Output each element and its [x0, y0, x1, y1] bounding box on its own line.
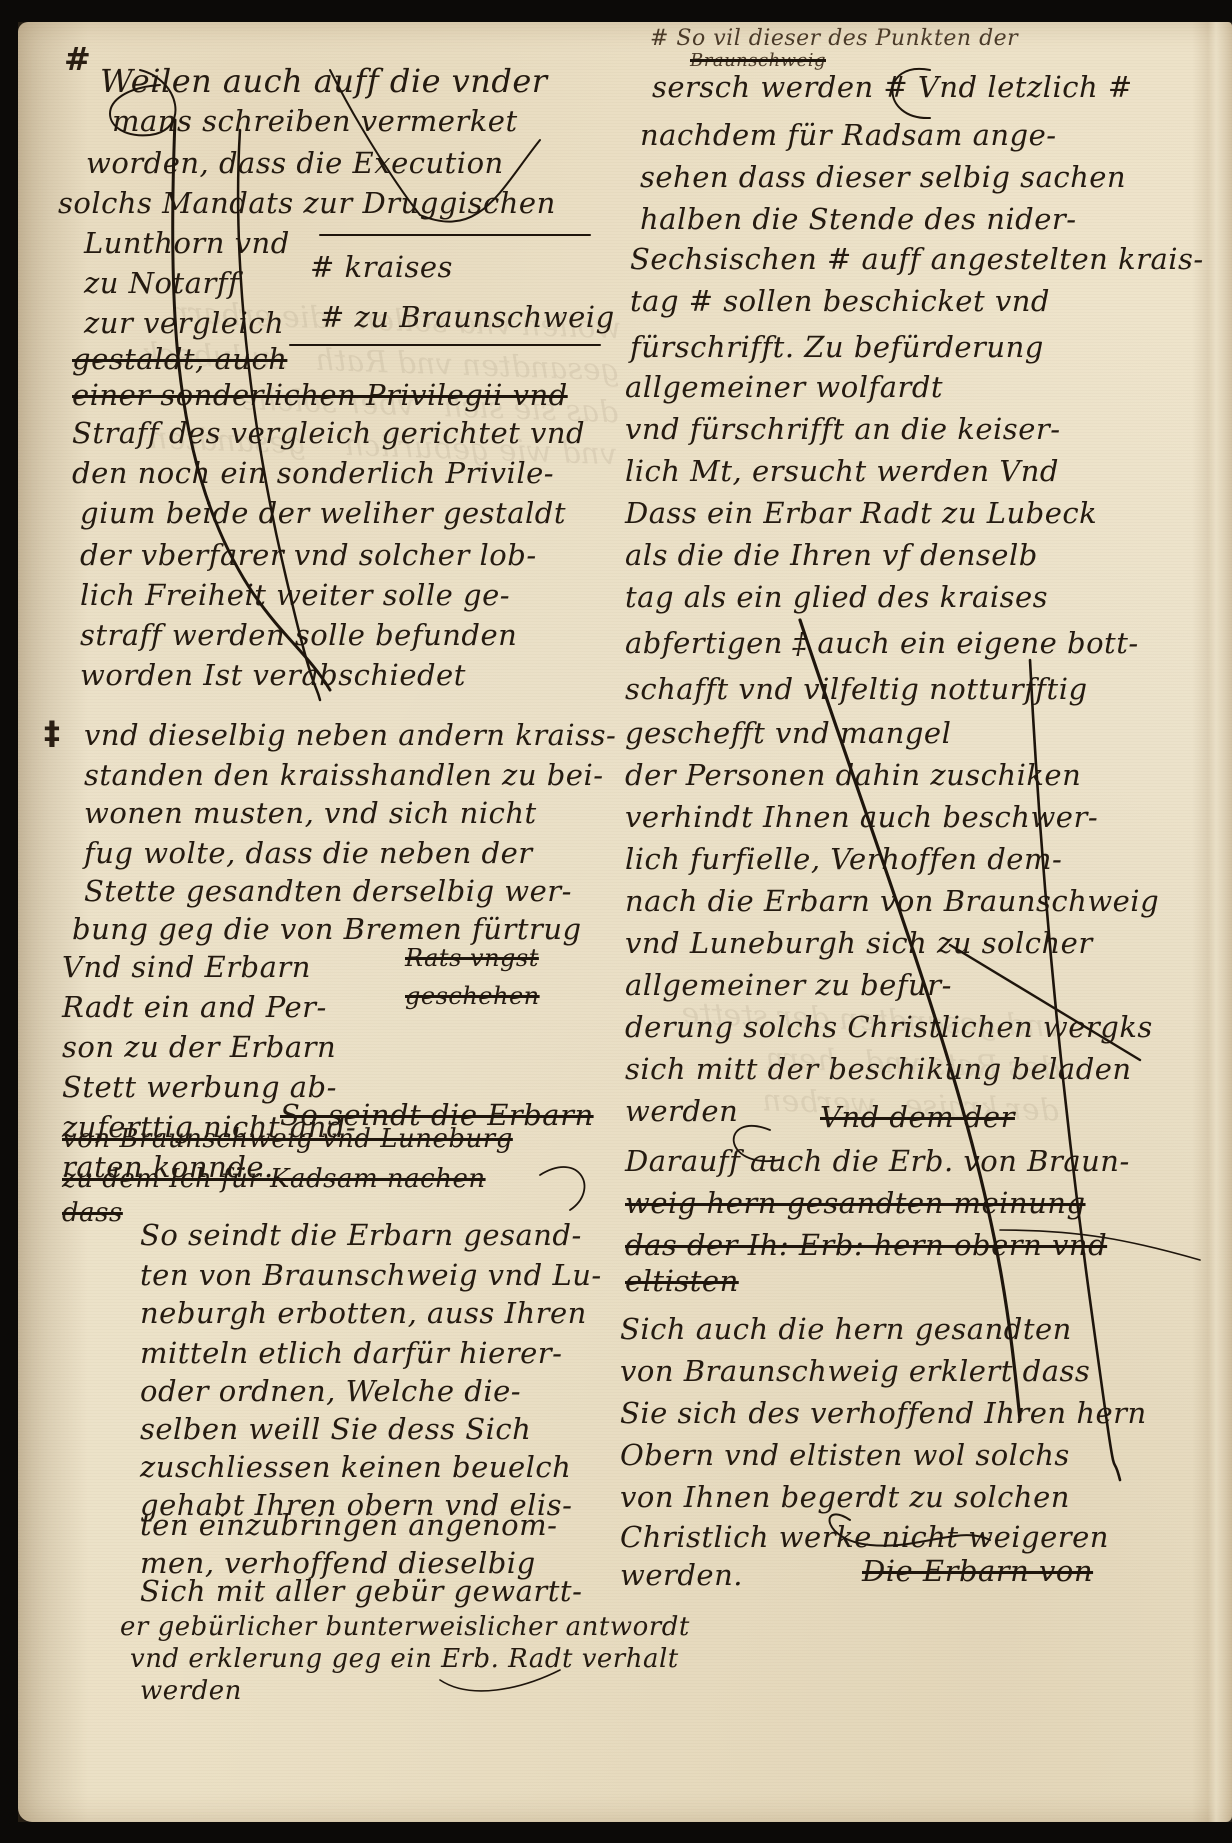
text-line: den noch ein sonderlich Privile- — [72, 456, 554, 490]
struck-text-line: weig hern gesandten meinung — [625, 1186, 1086, 1220]
text-line: nach die Erbarn von Braunschweig — [625, 884, 1159, 918]
text-line: zuschliessen keinen beuelch — [140, 1450, 571, 1484]
text-line: nachdem für Radsam ange- — [640, 118, 1057, 152]
inline-note: # zu Braunschweig — [320, 300, 615, 334]
text-line: schafft vnd vilfeltig notturfftig — [625, 672, 1088, 706]
text-line: Straff des vergleich gerichtet vnd — [72, 416, 585, 450]
text-line: abfertigen ‡ auch ein eigene bott- — [625, 626, 1139, 660]
text-line: allgemeiner wolfardt — [625, 370, 943, 404]
insertion-mark: ‡ — [44, 714, 60, 752]
text-line: Sich mit aller gebür gewartt- — [140, 1574, 582, 1608]
top-marginal-note: # So vil dieser des Punkten der — [650, 26, 1018, 51]
text-line: worden, dass die Execution — [86, 146, 504, 180]
text-line: fug wolte, dass die neben der — [84, 836, 533, 870]
text-line: Christlich werke nicht weigeren — [620, 1520, 1109, 1554]
text-line: ten einzubringen angenom- — [140, 1508, 557, 1542]
text-line: Sechsischen # auff angestelten krais- — [630, 242, 1204, 276]
text-line: lich furfielle, Verhoffen dem- — [625, 842, 1062, 876]
text-line: wonen musten, vnd sich nicht — [84, 796, 537, 830]
text-line: standen den kraisshandlen zu bei- — [84, 758, 604, 792]
struck-text-line: dass — [62, 1198, 123, 1228]
text-line: Sie sich des verhoffend Ihren hern — [620, 1396, 1147, 1430]
struck-side-note: Rats vngst — [405, 944, 539, 972]
inline-note: # kraises — [310, 250, 453, 284]
text-line: vnd dieselbig neben andern kraiss- — [84, 718, 616, 752]
text-line: Stette gesandten derselbig wer- — [84, 874, 572, 908]
struck-text-line: das der Ih: Erb: hern obern vnd — [625, 1228, 1107, 1262]
text-line: werden — [140, 1676, 242, 1706]
struck-text-line: gestaldt, auch — [72, 342, 287, 376]
text-line: allgemeiner zu befur- — [625, 968, 952, 1002]
text-line: verhindt Ihnen auch beschwer- — [625, 800, 1098, 834]
text-line: Darauff auch die Erb. von Braun- — [625, 1144, 1130, 1178]
text-line: zu Notarff — [84, 266, 239, 300]
struck-marginal-note: Braunschweig — [690, 50, 826, 71]
text-line: gium beide der weliher gestaldt — [80, 496, 566, 530]
text-line: von Ihnen begerdt zu solchen — [620, 1480, 1070, 1514]
text-line: Sich auch die hern gesandten — [620, 1312, 1072, 1346]
text-line: sehen dass dieser selbig sachen — [640, 160, 1126, 194]
text-line: straff werden solle befunden — [80, 618, 517, 652]
text-line: sersch werden # Vnd letzlich # — [652, 70, 1133, 104]
text-line: sich mitt der beschikung beladen — [625, 1052, 1132, 1086]
text-line: vnd erklerung geg ein Erb. Radt verhalt — [130, 1644, 679, 1674]
text-line: neburgh erbotten, auss Ihren — [140, 1296, 587, 1330]
text-line: halben die Stende des nider- — [640, 202, 1077, 236]
text-line: bung geg die von Bremen fürtrug — [72, 912, 582, 946]
text-line: derung solchs Christlichen wergks — [625, 1010, 1153, 1044]
text-line: Dass ein Erbar Radt zu Lubeck — [625, 496, 1097, 530]
text-line: geschefft vnd mangel — [625, 716, 951, 750]
text-line: vnd fürschrifft an die keiser- — [625, 412, 1061, 446]
text-line: worden Ist verabschiedet — [80, 658, 466, 692]
text-line: fürschrifft. Zu befürderung — [630, 330, 1044, 364]
text-line: Obern vnd eltisten wol solchs — [620, 1438, 1070, 1472]
text-line: der Personen dahin zuschiken — [625, 758, 1081, 792]
text-line: Lunthorn vnd — [84, 226, 290, 260]
struck-text-line: Die Erbarn von — [862, 1554, 1093, 1588]
struck-text-line: Vnd dem der — [820, 1100, 1015, 1134]
text-line: solchs Mandats zur Druggischen — [58, 186, 556, 220]
struck-text-line: einer sonderlichen Privilegii vnd — [72, 378, 568, 412]
struck-side-note: geschehen — [405, 982, 540, 1010]
text-line: ten von Braunschweig vnd Lu- — [140, 1258, 602, 1292]
text-line: vnd Luneburgh sich zu solcher — [625, 926, 1093, 960]
hash-mark: # — [64, 40, 91, 78]
text-line: von Braunschweig erklert dass — [620, 1354, 1090, 1388]
text-line: werden — [625, 1094, 738, 1128]
text-line: lich Freiheit weiter solle ge- — [80, 578, 510, 612]
text-line: zur vergleich — [84, 306, 284, 340]
text-line: lich Mt, ersucht werden Vnd — [625, 454, 1059, 488]
text-line: oder ordnen, Welche die- — [140, 1374, 521, 1408]
text-line: er gebürlicher bunterweislicher antwordt — [120, 1612, 690, 1642]
text-line: Radt ein and Per- — [62, 990, 327, 1024]
text-line: tag # sollen beschicket vnd — [630, 284, 1050, 318]
struck-text-line: zu dem Ich für Kadsam nachen — [62, 1164, 486, 1194]
text-line: son zu der Erbarn — [62, 1030, 336, 1064]
text-line: als die die Ihren vf denselb — [625, 538, 1038, 572]
text-line: Weilen auch auff die vnder — [100, 62, 548, 100]
text-line: werden. — [620, 1558, 743, 1592]
text-line: mans schreiben vermerket — [112, 104, 518, 138]
text-line: mitteln etlich darfür hierer- — [140, 1336, 562, 1370]
page-fold — [1192, 22, 1232, 1822]
struck-text-line: eltisten — [625, 1264, 739, 1298]
text-line: So seindt die Erbarn gesand- — [140, 1218, 582, 1252]
text-line: tag als ein glied des kraises — [625, 580, 1048, 614]
struck-text-line: von Braunschweig vnd Luneburg — [62, 1124, 513, 1154]
text-line: der vberfarer vnd solcher lob- — [80, 538, 537, 572]
text-line: selben weill Sie dess Sich — [140, 1412, 531, 1446]
text-line: Vnd sind Erbarn — [62, 950, 311, 984]
